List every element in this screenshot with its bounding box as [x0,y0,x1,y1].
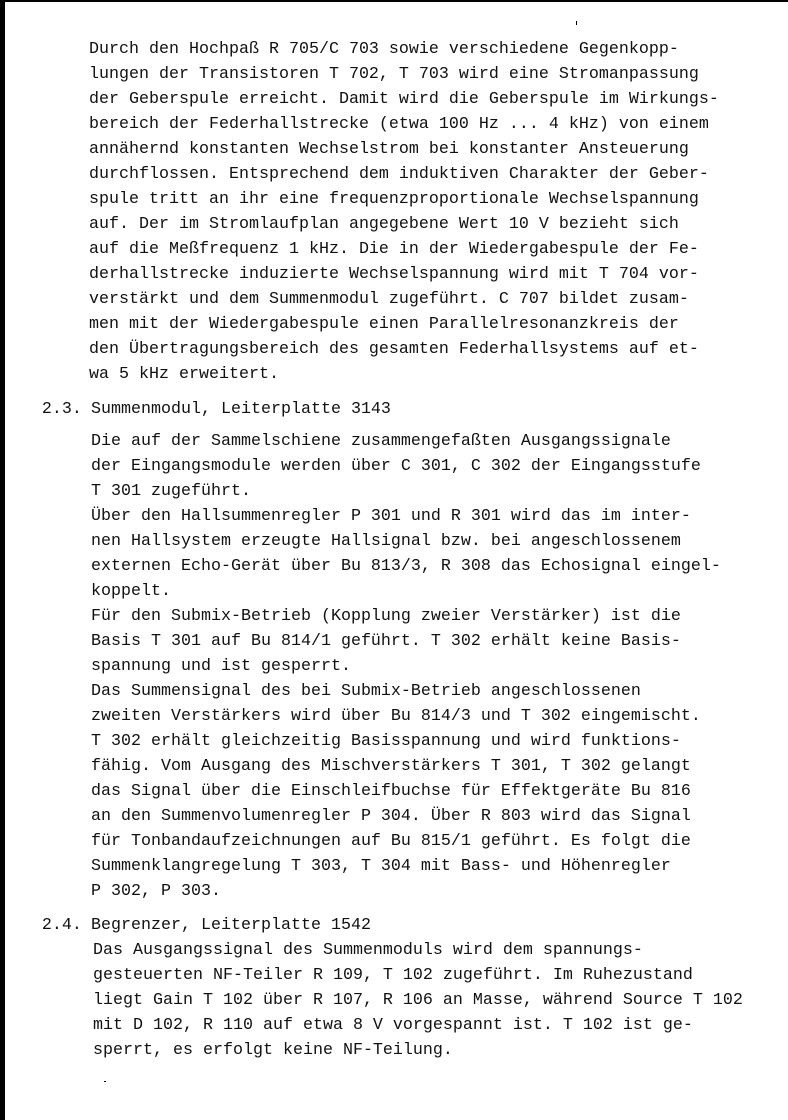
text-line: auf die Meßfrequenz 1 kHz. Die in der Wi… [89,239,699,259]
text-line: gesteuerten NF-Teiler R 109, T 102 zugef… [93,965,693,985]
text-line: Summenklangregelung T 303, T 304 mit Bas… [91,856,671,876]
text-line: Über den Hallsummenregler P 301 und R 30… [91,506,691,526]
text-line: das Signal über die Einschleifbuchse für… [91,781,691,801]
text-line: mit D 102, R 110 auf etwa 8 V vorgespann… [93,1015,693,1035]
text-line: auf. Der im Stromlaufplan angegebene Wer… [89,214,679,234]
text-line: der Geberspule erreicht. Damit wird die … [89,89,719,109]
text-line: für Tonbandaufzeichnungen auf Bu 815/1 g… [91,831,691,851]
text-line: Die auf der Sammelschiene zusammengefaßt… [91,431,671,451]
text-line: Das Ausgangssignal des Summenmoduls wird… [93,940,643,960]
scan-left-edge [0,0,5,1120]
text-line: Das Summensignal des bei Submix-Betrieb … [91,681,641,701]
text-line: sperrt, es erfolgt keine NF-Teilung. [93,1040,453,1060]
text-line: nen Hallsystem erzeugte Hallsignal bzw. … [91,531,681,551]
text-line: Durch den Hochpaß R 705/C 703 sowie vers… [89,39,679,59]
text-line: spule tritt an ihr eine frequenzproporti… [89,189,699,209]
scan-top-edge [0,0,788,2]
text-line: P 302, P 303. [91,881,221,901]
scanned-document-page: Durch den Hochpaß R 705/C 703 sowie vers… [0,0,788,1120]
section-number: 2.3. [42,399,82,419]
text-line: spannung und ist gesperrt. [91,656,351,676]
text-line: zweiten Verstärkers wird über Bu 814/3 u… [91,706,701,726]
text-line: T 302 erhält gleichzeitig Basisspannung … [91,731,681,751]
text-line: annähernd konstanten Wechselstrom bei ko… [89,139,689,159]
text-line: koppelt. [91,581,171,601]
text-line: men mit der Wiedergabespule einen Parall… [89,314,679,334]
text-line: fähig. Vom Ausgang des Mischverstärkers … [91,756,691,776]
section-title: Summenmodul, Leiterplatte 3143 [91,399,391,419]
section-number: 2.4. [42,915,82,935]
text-line: liegt Gain T 102 über R 107, R 106 an Ma… [93,990,743,1010]
scan-speck [104,1081,106,1082]
scan-speck [576,21,577,25]
text-line: Für den Submix-Betrieb (Kopplung zweier … [91,606,681,626]
text-line: lungen der Transistoren T 702, T 703 wir… [89,64,699,84]
text-line: der Eingangsmodule werden über C 301, C … [91,456,701,476]
text-line: bereich der Federhallstrecke (etwa 100 H… [89,114,709,134]
text-line: wa 5 kHz erweitert. [89,364,279,384]
text-line: an den Summenvolumenregler P 304. Über R… [91,806,691,826]
text-line: den Übertragungsbereich des gesamten Fed… [89,339,699,359]
text-line: Basis T 301 auf Bu 814/1 geführt. T 302 … [91,631,681,651]
text-line: externen Echo-Gerät über Bu 813/3, R 308… [91,556,721,576]
section-title: Begrenzer, Leiterplatte 1542 [91,915,371,935]
text-line: durchflossen. Entsprechend dem induktive… [89,164,709,184]
text-line: derhallstrecke induzierte Wechselspannun… [89,264,699,284]
text-line: verstärkt und dem Summenmodul zugeführt.… [89,289,689,309]
text-line: T 301 zugeführt. [91,481,251,501]
